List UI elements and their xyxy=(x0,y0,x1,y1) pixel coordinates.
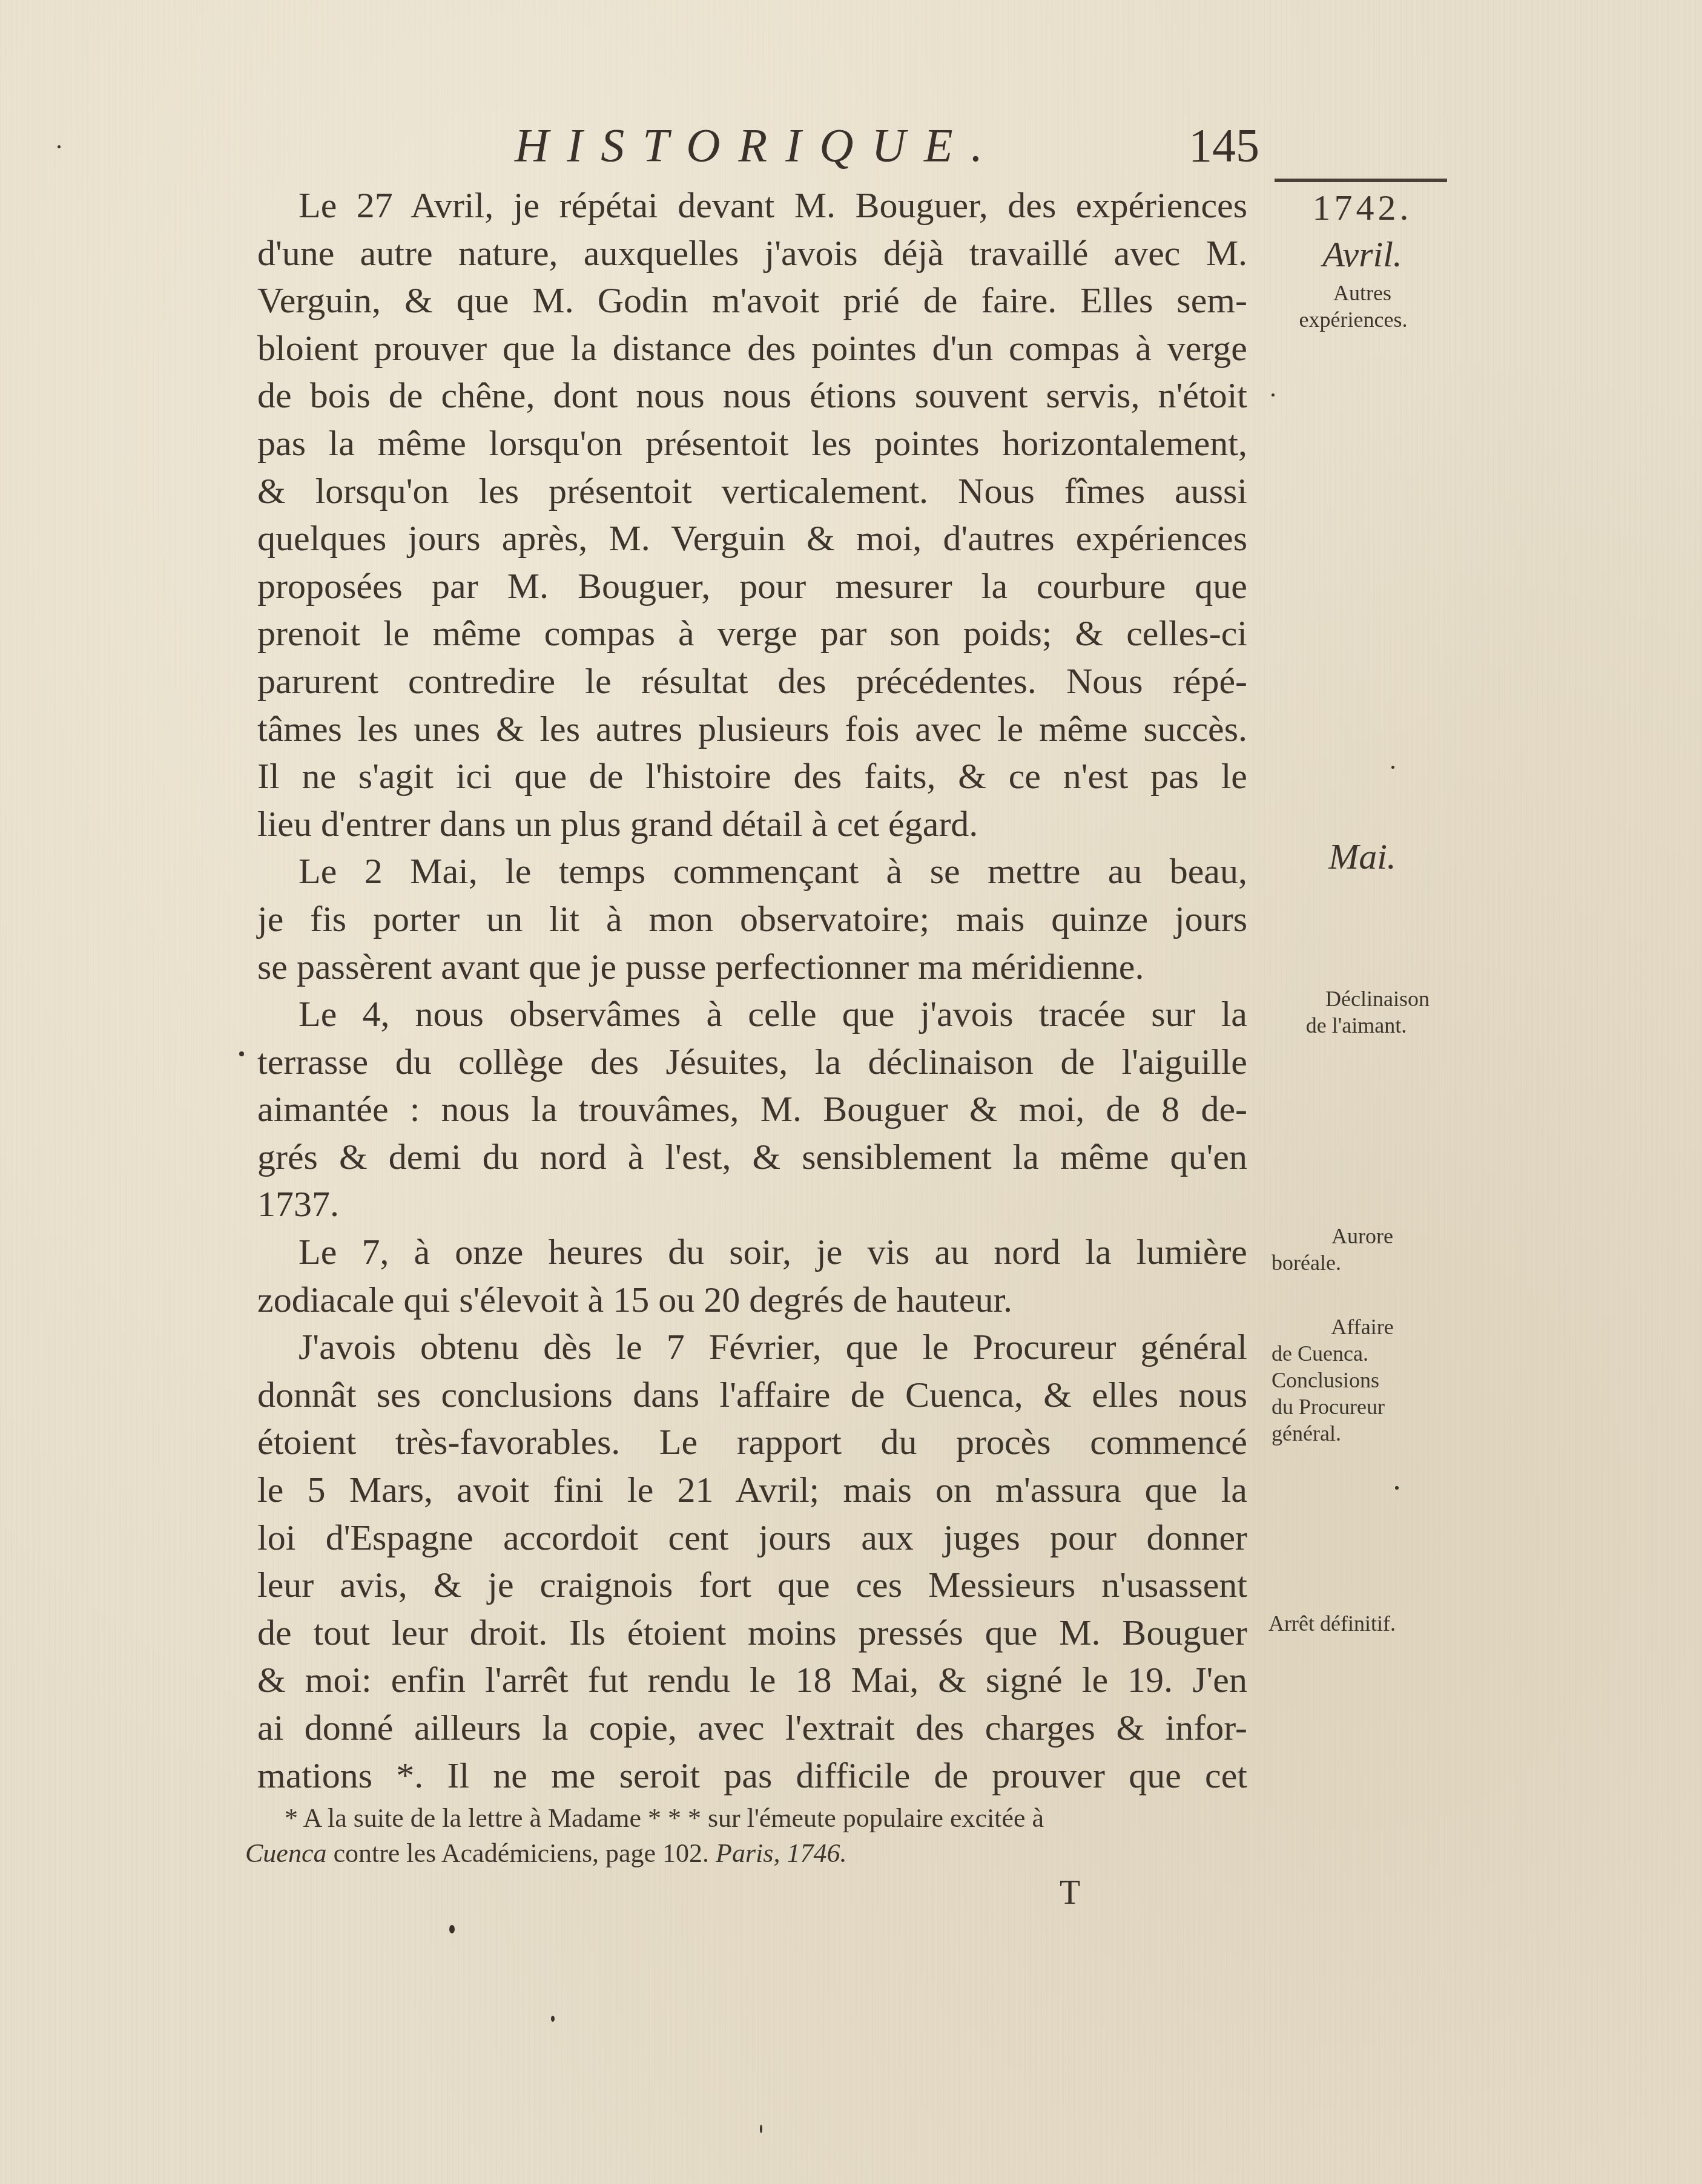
body-line: de tout leur droit. Ils étoient moins pr… xyxy=(257,1609,1247,1657)
body-line: proposées par M. Bouguer, pour mesurer l… xyxy=(257,562,1247,610)
body-line: le 5 Mars, avoit fini le 21 Avril; mais … xyxy=(257,1466,1247,1514)
margin-note-year: 1742. xyxy=(1262,186,1462,229)
body-line: & lorsqu'on les présentoit verticalement… xyxy=(257,467,1247,515)
footnote-text: contre les Académiciens, page 102. xyxy=(326,1838,716,1868)
book-page: HISTORIQUE. 145 Le 27 Avril, je répétai … xyxy=(0,0,1702,2184)
body-line: se passèrent avant que je pusse perfecti… xyxy=(257,943,1247,991)
body-line: terrasse du collège des Jésuites, la déc… xyxy=(257,1038,1247,1086)
body-line: zodiacale qui s'élevoit à 15 ou 20 degré… xyxy=(257,1276,1247,1324)
body-line: bloient prouver que la distance des poin… xyxy=(257,324,1247,372)
body-line: parurent contredire le résultat des préc… xyxy=(257,657,1247,705)
body-line: donnât ses conclusions dans l'affaire de… xyxy=(257,1371,1247,1419)
footnote: * A la suite de la lettre à Madame * * *… xyxy=(285,1801,1265,1871)
body-line: 1737. xyxy=(257,1180,1247,1228)
body-line: Le 2 Mai, le temps commençant à se mettr… xyxy=(257,847,1247,895)
body-line: mations *. Il ne me seroit pas difficile… xyxy=(257,1752,1247,1800)
body-line: Verguin, & que M. Godin m'avoit prié de … xyxy=(257,277,1247,324)
margin-note-arret-definitif: Arrêt définitif. xyxy=(1262,1610,1462,1637)
body-line: Le 7, à onze heures du soir, je vis au n… xyxy=(257,1228,1247,1276)
body-line: de bois de chêne, dont nous nous étions … xyxy=(257,372,1247,419)
footnote-italic-imprint: Paris, 1746. xyxy=(716,1838,846,1868)
body-line: lieu d'entrer dans un plus grand détail … xyxy=(257,800,1247,848)
margin-note-declinaison: Déclinaison de l'aimant. xyxy=(1262,985,1462,1039)
body-line: ai donné ailleurs la copie, avec l'extra… xyxy=(257,1704,1247,1752)
body-line: & moi: enfin l'arrêt fut rendu le 18 Mai… xyxy=(257,1656,1247,1704)
body-text: Le 27 Avril, je répétai devant M. Bougue… xyxy=(257,182,1247,1799)
body-line: leur avis, & je craignois fort que ces M… xyxy=(257,1561,1247,1609)
running-head: HISTORIQUE. 145 xyxy=(515,118,1259,191)
body-line: je fis porter un lit à mon observatoire;… xyxy=(257,895,1247,943)
body-line: Le 27 Avril, je répétai devant M. Bougue… xyxy=(257,182,1247,229)
body-line: quelques jours après, M. Verguin & moi, … xyxy=(257,515,1247,562)
body-line: J'avois obtenu dès le 7 Février, que le … xyxy=(257,1323,1247,1371)
running-title: HISTORIQUE. xyxy=(515,118,1001,173)
body-line: loi d'Espagne accordoit cent jours aux j… xyxy=(257,1514,1247,1562)
body-line: d'une autre nature, auxquelles j'avois d… xyxy=(257,229,1247,277)
body-line: prenoit le même compas à verge par son p… xyxy=(257,610,1247,657)
body-line: Il ne s'agit ici que de l'histoire des f… xyxy=(257,752,1247,800)
body-line: aimantée : nous la trouvâmes, M. Bouguer… xyxy=(257,1085,1247,1133)
body-line: tâmes les unes & les autres plusieurs fo… xyxy=(257,705,1247,753)
body-line: Le 4, nous observâmes à celle que j'avoi… xyxy=(257,990,1247,1038)
margin-note-month-may: Mai. xyxy=(1262,835,1462,878)
body-line: étoient très-favorables. Le rapport du p… xyxy=(257,1418,1247,1466)
body-line: grés & demi du nord à l'est, & sensiblem… xyxy=(257,1133,1247,1181)
body-line: pas la même lorsqu'on présentoit les poi… xyxy=(257,419,1247,467)
page-number: 145 xyxy=(1189,118,1259,173)
margin-note-aurore-boreale: Aurore boréale. xyxy=(1262,1223,1462,1276)
footnote-line: Cuenca contre les Académiciens, page 102… xyxy=(245,1836,1265,1871)
margin-note-autres-experiences: Autres expériences. xyxy=(1262,280,1462,333)
footnote-italic-place: Cuenca xyxy=(245,1838,326,1868)
margin-note-affaire-cuenca: Affaire de Cuenca. Conclusions du Procur… xyxy=(1262,1314,1462,1447)
margin-rule-divider xyxy=(1275,179,1447,182)
margin-note-month-april: Avril. xyxy=(1262,233,1462,275)
signature-mark: T xyxy=(1060,1873,1080,1912)
footnote-line: * A la suite de la lettre à Madame * * *… xyxy=(285,1801,1265,1836)
